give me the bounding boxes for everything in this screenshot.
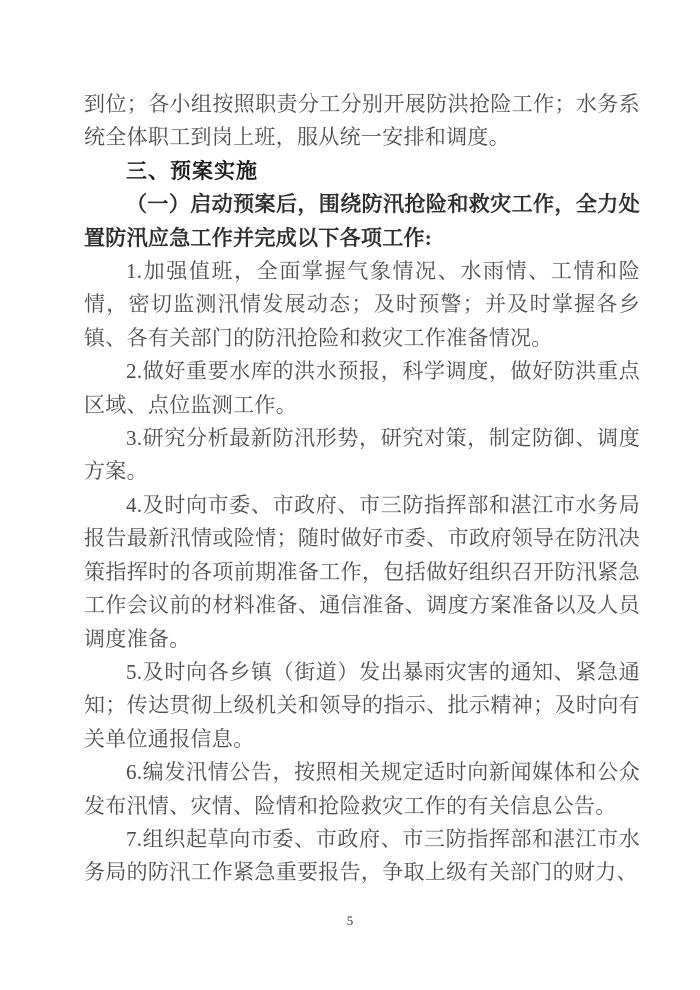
list-item-2: 2.做好重要水库的洪水预报，科学调度，做好防洪重点区域、点位监测工作。 — [84, 355, 640, 422]
page-number: 5 — [0, 913, 700, 929]
paragraph-continuation: 到位；各小组按照职责分工分别开展防洪抢险工作；水务系统全体职工到岗上班，服从统一… — [84, 88, 640, 155]
section-heading-plan-implementation: 三、预案实施 — [84, 155, 640, 188]
list-item-6: 6.编发汛情公告，按照相关规定适时向新闻媒体和公众发布汛情、灾情、险情和抢险救灾… — [84, 756, 640, 823]
subsection-lead-paragraph: （一）启动预案后，围绕防汛抢险和救灾工作，全力处置防汛应急工作并完成以下各项工作… — [84, 188, 640, 255]
document-body: 到位；各小组按照职责分工分别开展防洪抢险工作；水务系统全体职工到岗上班，服从统一… — [84, 88, 640, 890]
list-item-4: 4.及时向市委、市政府、市三防指挥部和湛江市水务局报告最新汛情或险情；随时做好市… — [84, 489, 640, 656]
list-item-7: 7.组织起草向市委、市政府、市三防指挥部和湛江市水务局的防汛工作紧急重要报告，争… — [84, 823, 640, 890]
list-item-3: 3.研究分析最新防汛形势，研究对策，制定防御、调度方案。 — [84, 422, 640, 489]
document-page: 到位；各小组按照职责分工分别开展防洪抢险工作；水务系统全体职工到岗上班，服从统一… — [0, 0, 700, 990]
list-item-5: 5.及时向各乡镇（街道）发出暴雨灾害的通知、紧急通知；传达贯彻上级机关和领导的指… — [84, 656, 640, 756]
list-item-1: 1.加强值班，全面掌握气象情况、水雨情、工情和险情，密切监测汛情发展动态；及时预… — [84, 255, 640, 355]
